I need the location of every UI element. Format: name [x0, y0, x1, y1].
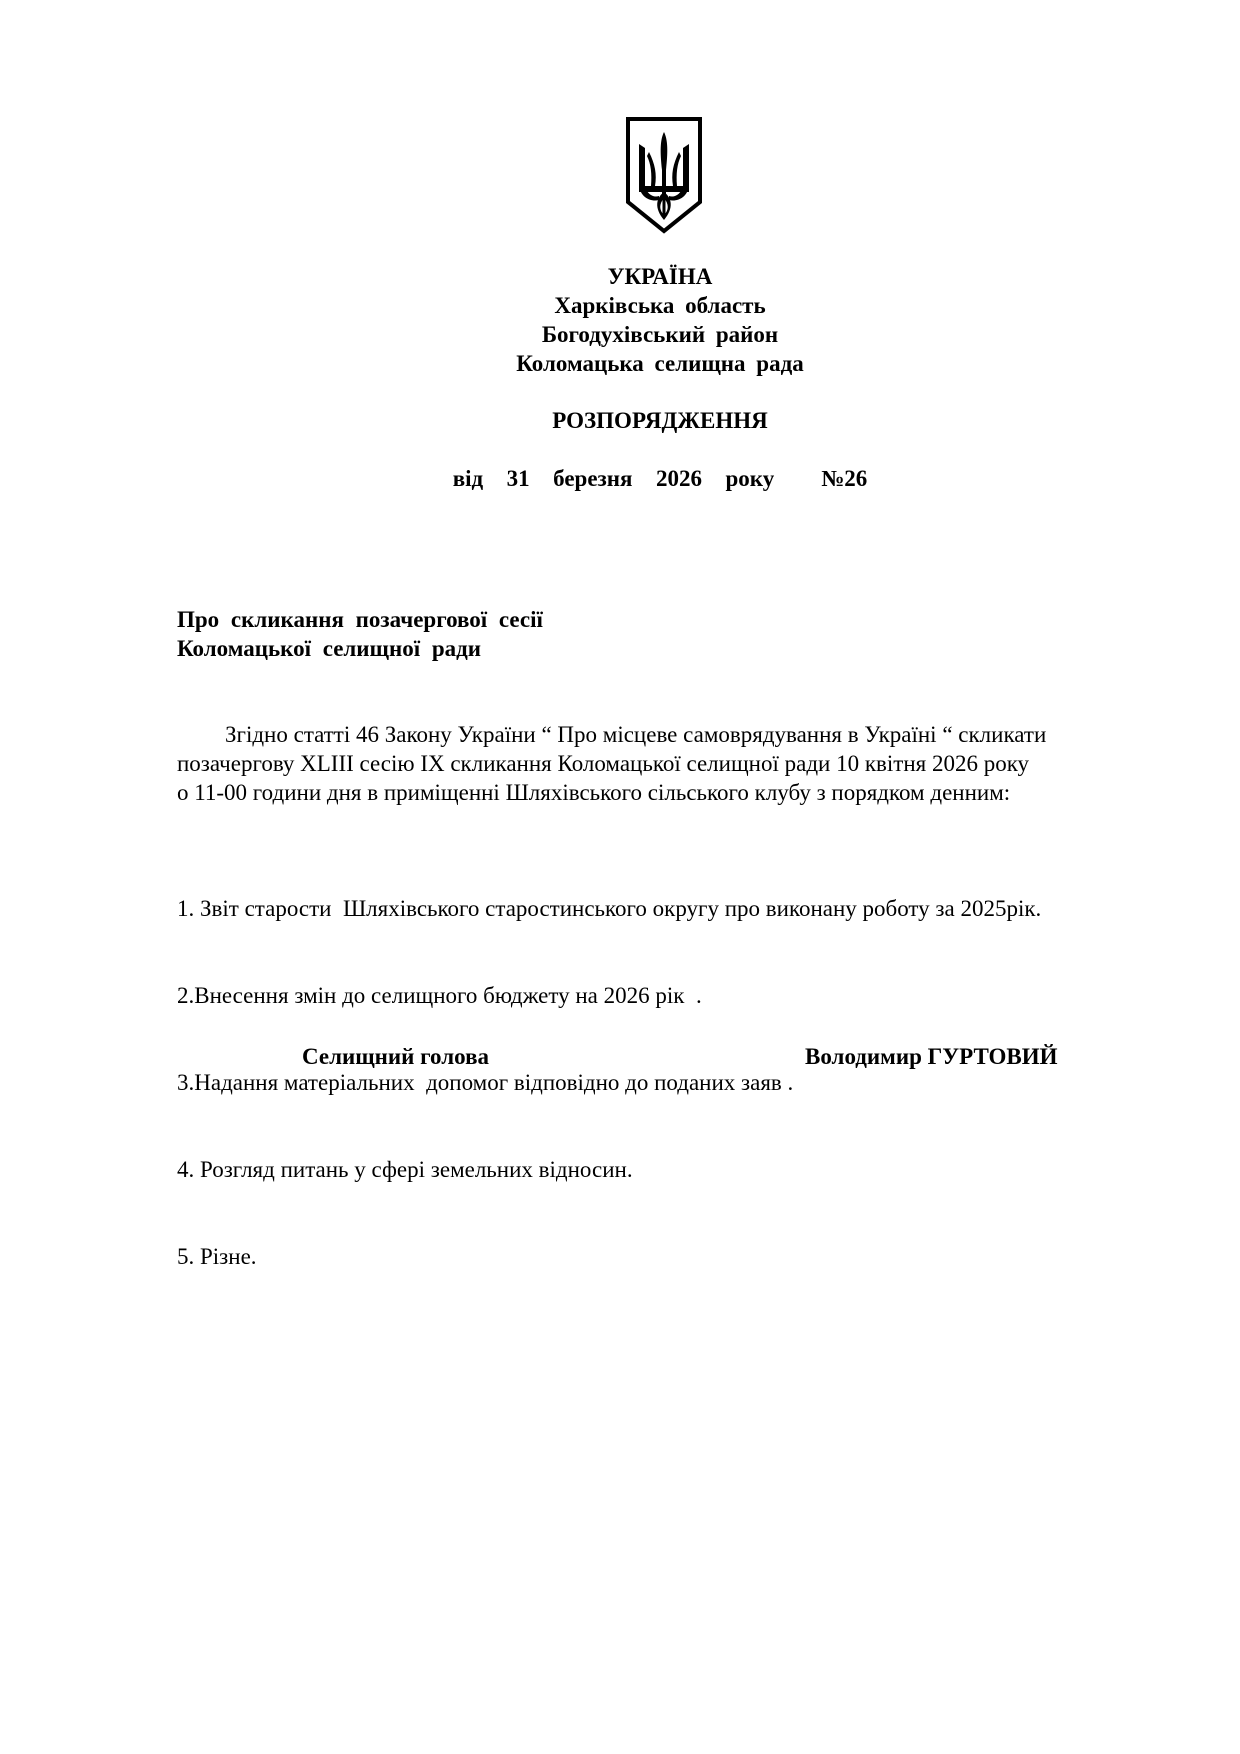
body-line: Згідно статті 46 Закону України “ Про мі…: [177, 720, 1152, 749]
oblast-heading: Харківська область: [0, 291, 1240, 320]
document-type-heading: РОЗПОРЯДЖЕННЯ: [0, 406, 1240, 435]
council-heading: Коломацька селищна рада: [0, 349, 1240, 378]
body-paragraph: Згідно статті 46 Закону України “ Про мі…: [177, 720, 1152, 807]
coat-of-arms-icon: [625, 116, 703, 234]
document-date-number: від 31 березня 2026 року №26: [0, 464, 1240, 493]
raion-heading: Богодухівський район: [0, 320, 1240, 349]
agenda-item: 4. Розгляд питань у сфері земельних відн…: [177, 1155, 1041, 1184]
subject-line: Про скликання позачергової сесії: [177, 605, 543, 634]
agenda-item: 5. Різне.: [177, 1242, 1041, 1271]
country-heading: УКРАЇНА: [0, 262, 1240, 291]
agenda-item: 3.Надання матеріальних допомог відповідн…: [177, 1068, 1041, 1097]
subject-line: Коломацької селищної ради: [177, 634, 543, 663]
signatory-name: Володимир ГУРТОВИЙ: [805, 1042, 1058, 1071]
document-subject: Про скликання позачергової сесії Коломац…: [177, 605, 543, 663]
body-line: позачергову XLIII сесію IX скликання Кол…: [177, 749, 1152, 778]
signatory-title: Селищний голова: [302, 1042, 489, 1071]
body-line: о 11-00 години дня в приміщенні Шляхівсь…: [177, 778, 1152, 807]
agenda-item: 2.Внесення змін до селищного бюджету на …: [177, 981, 1041, 1010]
agenda-item: 1. Звіт старости Шляхівського старостинс…: [177, 894, 1041, 923]
